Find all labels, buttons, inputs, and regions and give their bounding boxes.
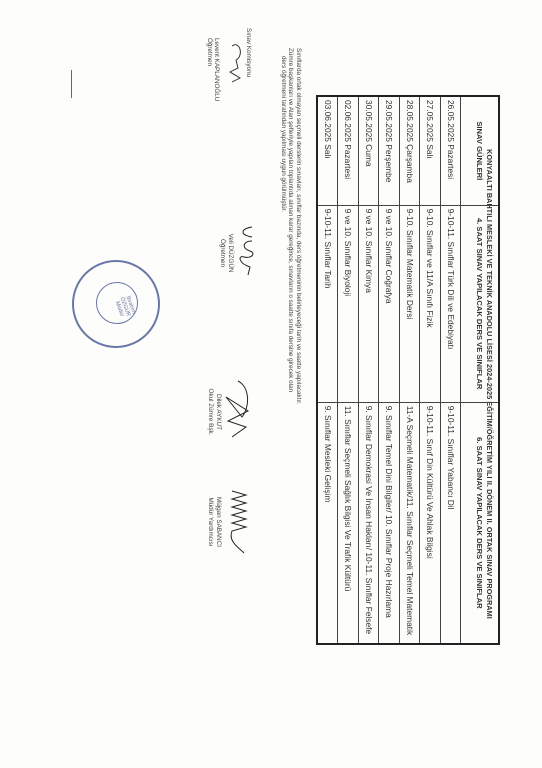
signer-name: Müjgan SABANCI bbox=[215, 482, 223, 562]
signature-dilek: Dilek AYKUT Okul Zümre Bşk. bbox=[207, 372, 252, 452]
table-row: 29.05.2025 Perşembe 9 ve 10. Sınıflar Co… bbox=[379, 96, 400, 644]
hour4-subject: 9 ve 10. Sınıflar Coğrafya bbox=[379, 205, 400, 402]
exam-day: 03.06.2025 Salı bbox=[317, 96, 338, 205]
exam-day: 26.05.2025 Pazartesi bbox=[441, 96, 462, 205]
table-row: 02.06.2025 Pazartesi 9 ve 10. Sınıflar B… bbox=[338, 96, 359, 644]
schedule-note: Sınıflarda ortak olmayan seçmeli dersler… bbox=[280, 48, 303, 608]
note-line-3: ders öğretmeni tarafından yapılması uygu… bbox=[280, 48, 288, 608]
table-row: 03.06.2025 Salı 9-10-11. Sınıflar Tarih … bbox=[317, 96, 338, 644]
hour6-subject: 9. Sınıflar Temel Dini Bilgiler/ 10. Sın… bbox=[379, 402, 400, 644]
hour6-subject: 9. Sınıflar Mesleki Gelişim bbox=[317, 402, 338, 644]
exam-day: 27.05.2025 Salı bbox=[420, 96, 441, 205]
exam-day: 02.06.2025 Pazartesi bbox=[338, 96, 359, 205]
hour4-subject: 9 ve 10. Sınıflar Kimya bbox=[359, 205, 380, 402]
signature-scribble-icon bbox=[236, 223, 258, 283]
signer-name: Levent KAPLANOĞLU bbox=[213, 28, 221, 108]
commission-heading: Sınav Komisyonu bbox=[245, 28, 253, 108]
signature-veli: Veli DÜZGÜN Öğretmen bbox=[219, 218, 258, 288]
signature-scribble-icon bbox=[227, 38, 245, 98]
hour6-subject: 11. Sınıflar Seçmeli Sağlık Bilgisi Ve T… bbox=[338, 402, 359, 644]
table-header-row: SINAV GÜNLERİ 4. SAAT SINAV YAPILACAK DE… bbox=[461, 96, 499, 644]
signer-name: Veli DÜZGÜN bbox=[227, 218, 235, 288]
hour4-subject: 9-10-11. Sınıflar Türk Dili ve Edebiyatı bbox=[441, 205, 462, 402]
signature-scribble-icon bbox=[224, 377, 252, 447]
signer-role: Müdür Yardımcısı bbox=[207, 482, 215, 562]
signature-scribble-icon bbox=[224, 487, 252, 557]
signature-mujgan: Müjgan SABANCI Müdür Yardımcısı bbox=[207, 482, 252, 562]
hour6-subject: 9-10-11. Sınıf Din Kültürü Ve Ahlak Bilg… bbox=[420, 402, 441, 644]
school-stamp-icon: İbrahim ÖZGÜR Müdür bbox=[72, 260, 160, 348]
hour6-subject: 9. Sınıflar Demokrasi Ve İnsan Hakları/ … bbox=[359, 402, 380, 644]
signer-name: Dilek AYKUT bbox=[215, 372, 223, 452]
hour6-subject: 9-10-11. Sınıflar Yabancı Dil bbox=[441, 402, 462, 644]
hour4-subject: 9-10-11. Sınıflar Tarih bbox=[317, 205, 338, 402]
exam-schedule-table: SINAV GÜNLERİ 4. SAAT SINAV YAPILACAK DE… bbox=[316, 95, 500, 645]
table-row: 30.05.2025 Cuma 9 ve 10. Sınıflar Kimya … bbox=[359, 96, 380, 644]
header-hour4: 4. SAAT SINAV YAPILACAK DERS VE SINIFLAR bbox=[461, 205, 499, 402]
exam-day: 28.05.2025 Çarşamba bbox=[400, 96, 421, 205]
hour6-subject: 11-A Seçmeli Matematik/11. Sınıflar Seçm… bbox=[400, 402, 421, 644]
signer-role: Okul Zümre Bşk. bbox=[207, 372, 215, 452]
signature-commission: Sınav Komisyonu Levent KAPLANOĞLU Öğretm… bbox=[206, 28, 253, 108]
table-row: 26.05.2025 Pazartesi 9-10-11. Sınıflar T… bbox=[441, 96, 462, 644]
stamp-text: İbrahim ÖZGÜR Müdür bbox=[111, 288, 140, 326]
hour4-subject: 9 ve 10. Sınıflar Biyoloji bbox=[338, 205, 359, 402]
exam-day: 30.05.2025 Cuma bbox=[359, 96, 380, 205]
table-row: 27.05.2025 Salı 9-10. Sınıflar ve 11/A S… bbox=[420, 96, 441, 644]
signer-role: Öğretmen bbox=[219, 218, 227, 288]
signer-role: Öğretmen bbox=[206, 28, 214, 108]
note-line-2: Zümre başkanları ve Alan şefleriyle yapı… bbox=[287, 48, 295, 608]
stray-pen-mark bbox=[71, 70, 72, 98]
rotated-document-page: KONYAALTI BAHTILI MESLEKİ VE TEKNİK ANAD… bbox=[0, 0, 542, 768]
note-line-1: Sınıflarda ortak olmayan seçmeli dersler… bbox=[295, 48, 303, 608]
header-hour6: 6. SAAT SINAV YAPILACAK DERS VE SINIFLAR bbox=[461, 402, 499, 644]
header-exam-days: SINAV GÜNLERİ bbox=[461, 96, 499, 205]
table-row: 28.05.2025 Çarşamba 9-10. Sınıflar Matem… bbox=[400, 96, 421, 644]
exam-day: 29.05.2025 Perşembe bbox=[379, 96, 400, 205]
hour4-subject: 9-10. Sınıflar Matematik Dersi bbox=[400, 205, 421, 402]
hour4-subject: 9-10. Sınıflar ve 11/A Sınıfı Fizik bbox=[420, 205, 441, 402]
